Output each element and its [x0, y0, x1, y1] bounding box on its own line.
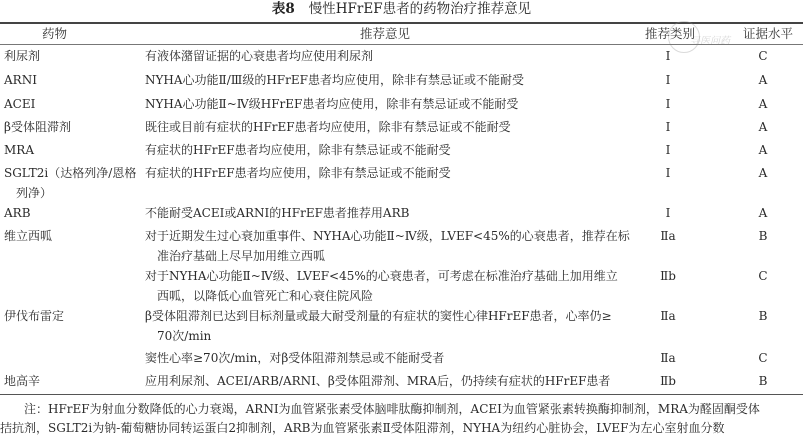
bottom-rule	[0, 394, 803, 395]
recommendation-class: Ⅰ	[640, 46, 696, 66]
recommendation-class: Ⅱa	[640, 226, 696, 246]
drug-name: 维立西呱	[4, 226, 52, 246]
evidence-level: B	[736, 226, 790, 246]
header-drug: 药物	[42, 23, 67, 44]
advice-line2: 准治疗基础上尽早加用维立西呱	[145, 246, 630, 266]
evidence-level: B	[736, 306, 790, 326]
table-note-line2: 拮抗剂，SGLT2i为钠-葡萄糖协同转运蛋白2抑制剂，ARB为血管紧张素Ⅱ受体阻…	[0, 419, 803, 437]
evidence-level: A	[736, 140, 790, 160]
advice-line1: 对于近期发生过心衰加重事件、NYHA心功能Ⅱ~Ⅳ级，LVEF<45%的心衰患者，…	[145, 229, 630, 243]
drug-name-line2: 列净）	[4, 183, 136, 203]
header-class: 推荐类别	[640, 23, 700, 44]
advice-text: 对于NYHA心功能Ⅱ~Ⅳ级、LVEF<45%的心衰患者，可考虑在标准治疗基础上加…	[145, 266, 618, 306]
recommendation-class: Ⅰ	[640, 163, 696, 183]
evidence-level: C	[736, 348, 790, 368]
advice-text: 窦性心率≥70次/min，对β受体阻滞剂禁忌或不能耐受者	[145, 348, 444, 368]
drug-name-line1: SGLT2i（达格列净/恩格	[4, 166, 136, 180]
advice-line2: 70次/min	[145, 326, 612, 346]
evidence-level: C	[736, 266, 790, 286]
advice-line1: 对于NYHA心功能Ⅱ~Ⅳ级、LVEF<45%的心衰患者，可考虑在标准治疗基础上加…	[145, 269, 618, 283]
evidence-level: B	[736, 371, 790, 391]
drug-name: 利尿剂	[4, 46, 40, 66]
advice-text: 应用利尿剂、ACEI/ARB/ARNI、β受体阻滞剂、MRA后，仍持续有症状的H…	[145, 371, 610, 391]
advice-text: 不能耐受ACEI或ARNI的HFrEF患者推荐用ARB	[145, 203, 409, 223]
header-advice: 推荐意见	[360, 23, 410, 44]
drug-name: MRA	[4, 140, 34, 160]
advice-text: NYHA心功能Ⅱ/Ⅲ级的HFrEF患者均应使用，除非有禁忌证或不能耐受	[145, 70, 524, 90]
recommendation-class: Ⅰ	[640, 203, 696, 223]
advice-text: 有症状的HFrEF患者均应使用，除非有禁忌证或不能耐受	[145, 163, 451, 183]
header-evidence: 证据水平	[735, 23, 801, 44]
advice-line2: 西呱，以降低心血管死亡和心衰住院风险	[145, 286, 618, 306]
evidence-level: A	[736, 163, 790, 183]
recommendation-class: Ⅱb	[640, 371, 696, 391]
advice-text: 对于近期发生过心衰加重事件、NYHA心功能Ⅱ~Ⅳ级，LVEF<45%的心衰患者，…	[145, 226, 630, 266]
evidence-level: A	[736, 117, 790, 137]
header-rule	[0, 44, 803, 45]
drug-name: ACEI	[4, 94, 35, 114]
recommendation-class: Ⅰ	[640, 140, 696, 160]
evidence-level: A	[736, 203, 790, 223]
drug-name: β受体阻滞剂	[4, 117, 71, 137]
advice-text: β受体阻滞剂已达到目标剂量或最大耐受剂量的有症状的窦性心律HFrEF患者，心率仍…	[145, 306, 612, 346]
drug-name: 地高辛	[4, 371, 40, 391]
recommendation-class: Ⅱa	[640, 306, 696, 326]
advice-text: 有液体潴留证据的心衰患者均应使用利尿剂	[145, 46, 373, 66]
table-title-text: 慢性HFrEF患者的药物治疗推荐意见	[309, 1, 531, 17]
drug-name: 伊伐布雷定	[4, 306, 64, 326]
evidence-level: C	[736, 46, 790, 66]
table-number: 表8	[272, 1, 295, 17]
table-title: 表8慢性HFrEF患者的药物治疗推荐意见	[0, 0, 803, 20]
drug-name: SGLT2i（达格列净/恩格 列净）	[4, 163, 136, 203]
recommendation-class: Ⅰ	[640, 94, 696, 114]
advice-line1: β受体阻滞剂已达到目标剂量或最大耐受剂量的有症状的窦性心律HFrEF患者，心率仍…	[145, 309, 612, 323]
recommendation-class: Ⅰ	[640, 117, 696, 137]
drug-name: ARNI	[4, 70, 37, 90]
recommendation-class: Ⅱb	[640, 266, 696, 286]
advice-text: 既往或目前有症状的HFrEF患者均应使用，除非有禁忌证或不能耐受	[145, 117, 511, 137]
advice-text: NYHA心功能Ⅱ~Ⅳ级HFrEF患者均应使用，除非有禁忌证或不能耐受	[145, 94, 518, 114]
drug-name: ARB	[4, 203, 31, 223]
recommendation-class: Ⅱa	[640, 348, 696, 368]
evidence-level: A	[736, 94, 790, 114]
recommendation-class: Ⅰ	[640, 70, 696, 90]
evidence-level: A	[736, 70, 790, 90]
table-note-line1: 注：HFrEF为射血分数降低的心力衰竭，ARNI为血管紧张素受体脑啡肽酶抑制剂，…	[24, 400, 803, 418]
advice-text: 有症状的HFrEF患者均应使用，除非有禁忌证或不能耐受	[145, 140, 451, 160]
